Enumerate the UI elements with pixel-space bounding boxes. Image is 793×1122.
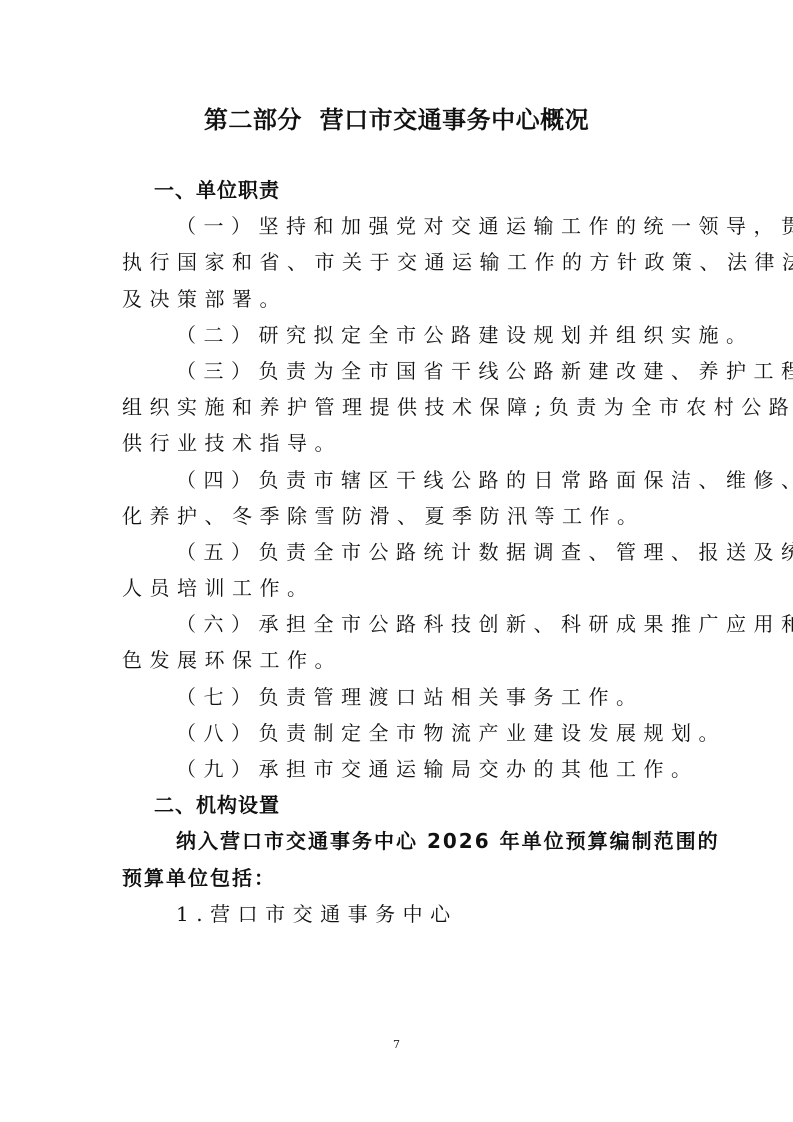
duty-4-line-2: 化养护、冬季除雪防滑、夏季防汛等工作。	[122, 498, 674, 534]
duty-9-line-1: （九）承担市交通运输局交办的其他工作。	[122, 751, 674, 787]
duty-5-line-2: 人员培训工作。	[122, 570, 674, 606]
budget-scope-line-2: 预算单位包括：	[122, 860, 674, 896]
duty-6-line-2: 色发展环保工作。	[122, 642, 674, 678]
section-heading-duties: 一、单位职责	[122, 172, 674, 208]
duty-1-line-3: 及决策部署。	[122, 281, 674, 317]
duty-3-line-3: 供行业技术指导。	[122, 425, 674, 461]
duty-8-line-1: （八）负责制定全市物流产业建设发展规划。	[122, 715, 674, 751]
duty-3-line-1: （三）负责为全市国省干线公路新建改建、养护工程的	[122, 353, 674, 389]
document-page: 第二部分 营口市交通事务中心概况 一、单位职责 （一）坚持和加强党对交通运输工作…	[0, 0, 793, 1122]
duty-7-line-1: （七）负责管理渡口站相关事务工作。	[122, 679, 674, 715]
section-heading-organization: 二、机构设置	[122, 787, 674, 823]
duty-5-line-1: （五）负责全市公路统计数据调查、管理、报送及统计	[122, 534, 674, 570]
budget-unit-item-1: 1.营口市交通事务中心	[122, 896, 674, 932]
page-title: 第二部分 营口市交通事务中心概况	[0, 102, 793, 138]
budget-scope-line-1: 纳入营口市交通事务中心 2026 年单位预算编制范围的	[122, 823, 674, 859]
duty-6-line-1: （六）承担全市公路科技创新、科研成果推广应用和绿	[122, 606, 674, 642]
duty-4-line-1: （四）负责市辖区干线公路的日常路面保洁、维修、绿	[122, 462, 674, 498]
duty-1-line-1: （一）坚持和加强党对交通运输工作的统一领导，贯彻	[122, 208, 674, 244]
duty-3-line-2: 组织实施和养护管理提供技术保障;负责为全市农村公路提	[122, 389, 674, 425]
page-number: 7	[0, 1038, 793, 1051]
duty-1-line-2: 执行国家和省、市关于交通运输工作的方针政策、法律法规	[122, 244, 674, 280]
duty-2-line-1: （二）研究拟定全市公路建设规划并组织实施。	[122, 317, 674, 353]
document-body: 一、单位职责 （一）坚持和加强党对交通运输工作的统一领导，贯彻 执行国家和省、市…	[122, 172, 674, 932]
